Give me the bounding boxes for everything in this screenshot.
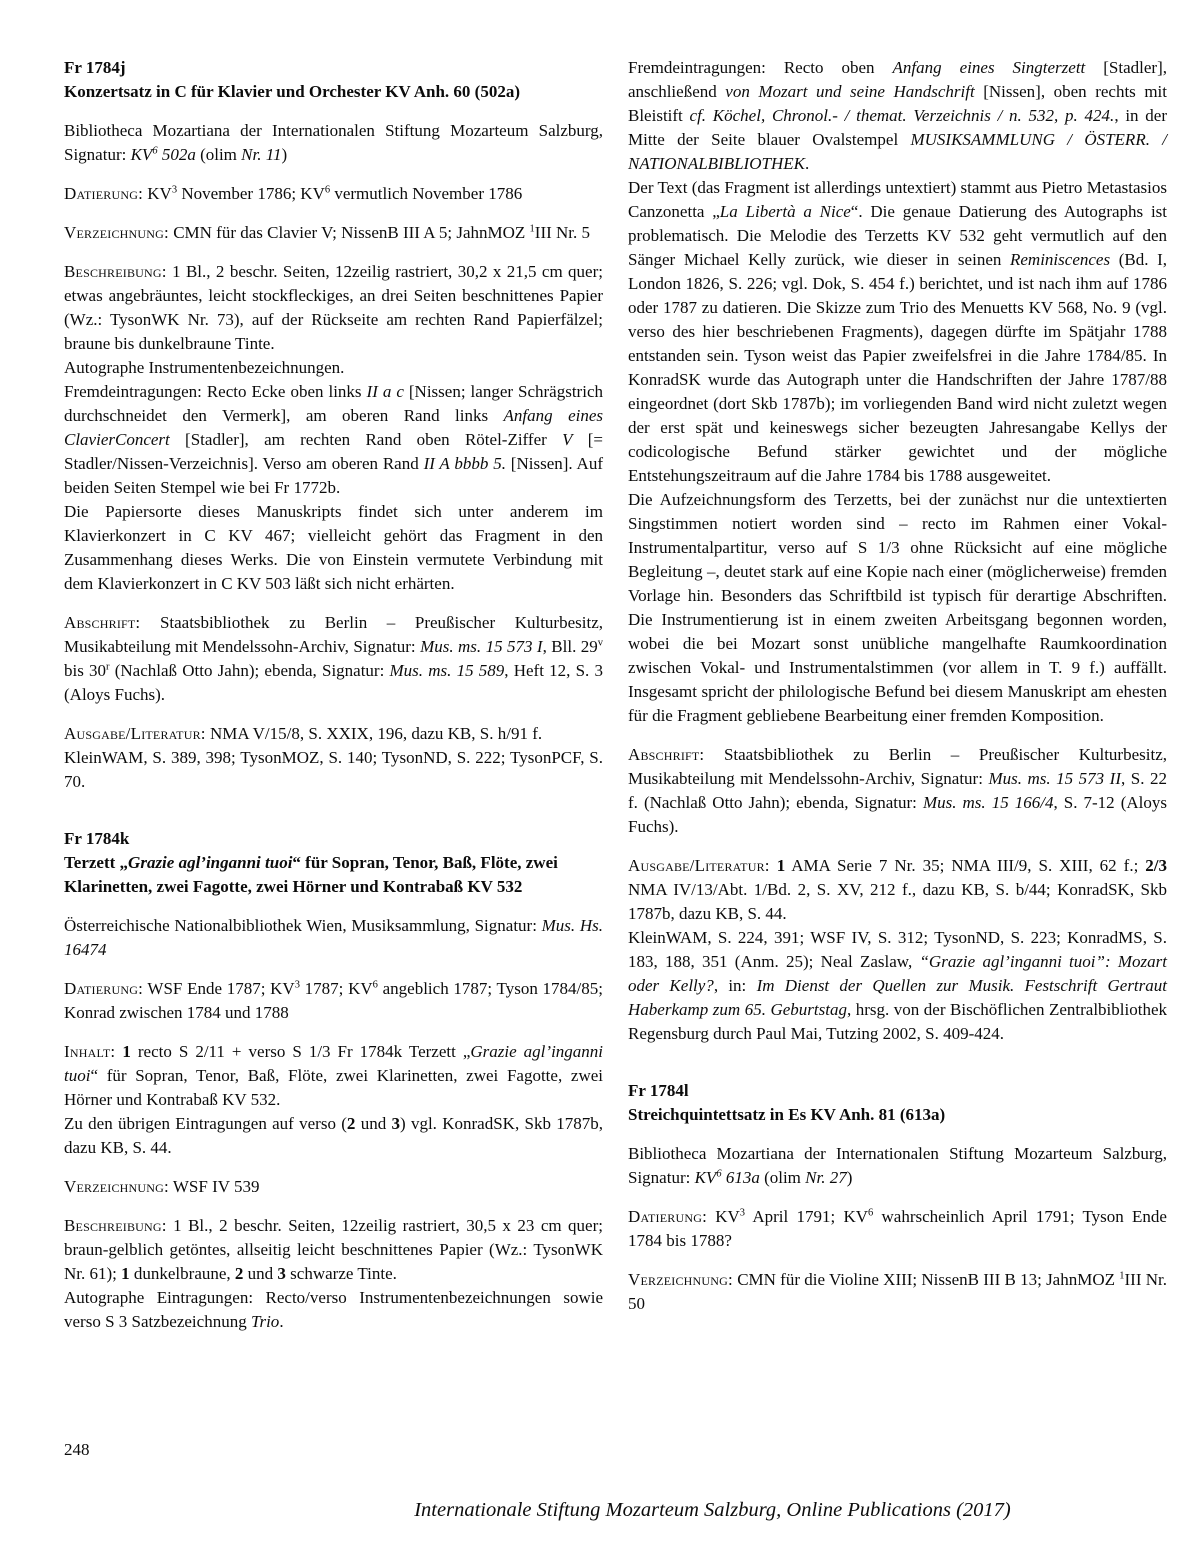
fr-1784k-inhalt-note: Zu den übrigen Eintragungen auf verso (2… (64, 1112, 603, 1160)
right-column: Fremdeintragungen: Recto oben Anfang ein… (628, 56, 1167, 1334)
fr-1784l-repository: Bibliotheca Mozartiana der International… (628, 1142, 1167, 1190)
fr-1784k-datierung: Datierung: WSF Ende 1787; KV3 1787; KV6 … (64, 977, 603, 1025)
fr-1784k-autographe: Autographe Eintragungen: Recto/verso Ins… (64, 1286, 603, 1334)
fr-1784k-fremdeintragungen: Fremdeintragungen: Recto oben Anfang ein… (628, 56, 1167, 176)
fr-1784j-datierung: Datierung: KV3 November 1786; KV6 vermut… (64, 182, 603, 206)
fr-1784k-aufzeichnungsform-note: Die Aufzeichnungsform des Terzetts, bei … (628, 488, 1167, 728)
fr-1784l-heading: Fr 1784lStreichquintettsatz in Es KV Anh… (628, 1079, 1167, 1127)
fr-1784k-ausgabe-literatur: Ausgabe/Literatur: 1 AMA Serie 7 Nr. 35;… (628, 854, 1167, 1046)
fr-1784j-repository: Bibliotheca Mozartiana der International… (64, 119, 603, 167)
fr-1784l-datierung: Datierung: KV3 April 1791; KV6 wahrschei… (628, 1205, 1167, 1253)
fr-1784k-abschrift: Abschrift: Staatsbibliothek zu Berlin – … (628, 743, 1167, 839)
left-column: Fr 1784jKonzertsatz in C für Klavier und… (64, 56, 603, 1334)
fr-1784k-verzeichnung: Verzeichnung: WSF IV 539 (64, 1175, 603, 1199)
publication-footer: Internationale Stiftung Mozarteum Salzbu… (0, 1498, 1200, 1522)
fr-1784j-heading: Fr 1784jKonzertsatz in C für Klavier und… (64, 56, 603, 104)
page-number: 248 (64, 1438, 90, 1462)
fr-1784j-verzeichnung: Verzeichnung: CMN für das Clavier V; Nis… (64, 221, 603, 245)
fr-1784k-heading: Fr 1784kTerzett „Grazie agl’inganni tuoi… (64, 827, 603, 899)
fr-1784k-beschreibung: Beschreibung: 1 Bl., 2 beschr. Seiten, 1… (64, 1214, 603, 1286)
fr-1784l-verzeichnung: Verzeichnung: CMN für die Violine XIII; … (628, 1268, 1167, 1316)
fr-1784j-ausgabe-literatur: Ausgabe/Literatur: NMA V/15/8, S. XXIX, … (64, 722, 603, 794)
fr-1784j-autographe: Autographe Instrumentenbezeichnungen. (64, 356, 603, 380)
fr-1784j-fremdeintragungen: Fremdeintragungen: Recto Ecke oben links… (64, 380, 603, 500)
catalog-page: Fr 1784jKonzertsatz in C für Klavier und… (0, 0, 1200, 1564)
fr-1784j-abschrift: Abschrift: Staatsbibliothek zu Berlin – … (64, 611, 603, 707)
fr-1784j-beschreibung: Beschreibung: 1 Bl., 2 beschr. Seiten, 1… (64, 260, 603, 356)
fr-1784j-papiersorte-note: Die Papiersorte dieses Manuskripts finde… (64, 500, 603, 596)
fr-1784k-inhalt: Inhalt: 1 recto S 2/11 + verso S 1/3 Fr … (64, 1040, 603, 1112)
fr-1784k-repository: Österreichische Nationalbibliothek Wien,… (64, 914, 603, 962)
fr-1784k-text-datierung-note: Der Text (das Fragment ist allerdings un… (628, 176, 1167, 488)
two-column-layout: Fr 1784jKonzertsatz in C für Klavier und… (64, 56, 1167, 1334)
